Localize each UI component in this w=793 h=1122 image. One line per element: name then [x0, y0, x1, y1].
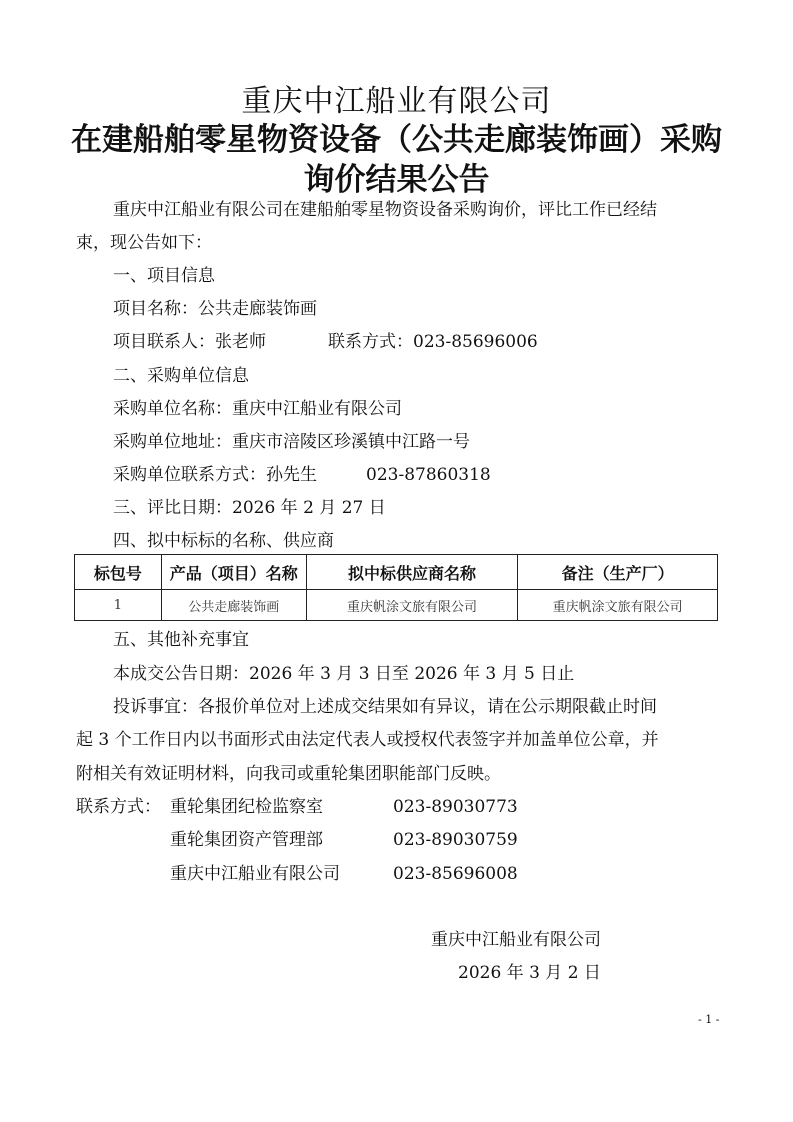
cell-lot-number: 1	[75, 590, 162, 621]
col-header-product-name: 产品（项目）名称	[161, 555, 306, 590]
project-name: 项目名称：公共走廊装饰画	[113, 299, 317, 319]
cell-manufacturer: 重庆帆涂文旅有限公司	[518, 590, 718, 621]
cell-product-name: 公共走廊装饰画	[161, 590, 306, 621]
signature-company: 重庆中江船业有限公司	[431, 930, 601, 950]
col-header-lot-number: 标包号	[75, 555, 162, 590]
table-row: 1 公共走廊装饰画 重庆帆涂文旅有限公司 重庆帆涂文旅有限公司	[75, 590, 718, 621]
contact-phone: 023-89030773	[393, 797, 518, 817]
contacts-label: 联系方式：	[76, 797, 161, 817]
announcement-title-line1: 在建船舶零星物资设备（公共走廊装饰画）采购	[0, 114, 793, 159]
col-header-supplier-name: 拟中标供应商名称	[306, 555, 518, 590]
section2-heading: 二、采购单位信息	[113, 366, 249, 386]
complaint-line1: 投诉事宜：各报价单位对上述成交结果如有异议，请在公示期限截止时间	[113, 697, 657, 717]
section5-heading: 五、其他补充事宜	[113, 630, 249, 650]
award-table: 标包号 产品（项目）名称 拟中标供应商名称 备注（生产厂） 1 公共走廊装饰画 …	[74, 554, 718, 621]
intro-line1: 重庆中江船业有限公司在建船舶零星物资设备采购询价，评比工作已经结	[113, 200, 657, 220]
contact-phone: 023-85696008	[393, 864, 518, 884]
announcement-title-line2: 询价结果公告	[0, 154, 793, 199]
complaint-line3: 附相关有效证明材料，向我司或重轮集团职能部门反映。	[76, 764, 501, 784]
contact-name: 重轮集团资产管理部	[170, 830, 323, 850]
project-contact-person: 项目联系人：张老师	[113, 332, 266, 352]
contact-name: 重庆中江船业有限公司	[170, 864, 340, 884]
purchaser-name: 采购单位名称：重庆中江船业有限公司	[113, 399, 402, 419]
complaint-line2: 起 3 个工作日内以书面形式由法定代表人或授权代表签字并加盖单位公章，并	[76, 730, 659, 750]
signature-date: 2026 年 3 月 2 日	[458, 963, 601, 983]
intro-line2: 束，现公告如下：	[76, 233, 212, 253]
purchaser-address: 采购单位地址：重庆市涪陵区珍溪镇中江路一号	[113, 432, 470, 452]
project-contact-phone: 联系方式：023-85696006	[328, 332, 538, 352]
section3-evaluation-date: 三、评比日期：2026 年 2 月 27 日	[113, 498, 386, 518]
page-number: - 1 -	[698, 1013, 719, 1026]
section1-heading: 一、项目信息	[113, 266, 215, 286]
contact-phone: 023-89030759	[393, 830, 518, 850]
announcement-period: 本成交公告日期：2026 年 3 月 3 日至 2026 年 3 月 5 日止	[113, 664, 574, 684]
col-header-remarks-manufacturer: 备注（生产厂）	[518, 555, 718, 590]
contact-name: 重轮集团纪检监察室	[170, 797, 323, 817]
table-header-row: 标包号 产品（项目）名称 拟中标供应商名称 备注（生产厂）	[75, 555, 718, 590]
section4-heading: 四、拟中标标的名称、供应商	[113, 531, 334, 551]
purchaser-contact-phone: 023-87860318	[366, 465, 491, 485]
cell-supplier-name: 重庆帆涂文旅有限公司	[306, 590, 518, 621]
purchaser-contact-label: 采购单位联系方式：孙先生	[113, 465, 317, 485]
